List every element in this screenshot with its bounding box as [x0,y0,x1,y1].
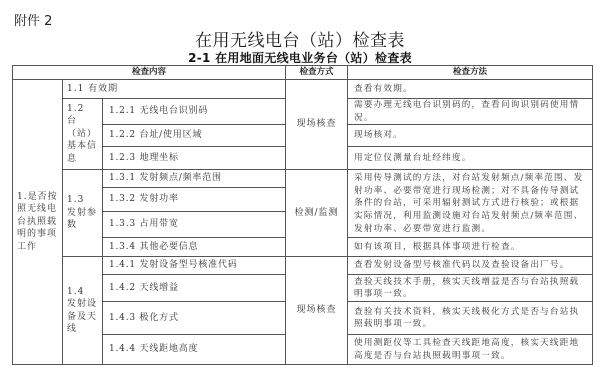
method-1-4-2: 查验天线技术手册，核实天线增益是否与台站执照载明事项一致。 [348,275,593,302]
table-header-row: 检查内容 检查方式 检查方法 [13,66,593,80]
method-1-4-4: 使用测距仪等工具检查天线距地高度，核实天线距地高度是否与台站执照载明事项一致。 [348,335,593,365]
method-1-4-3: 查验有关技术资料，核实天线极化方式是否与台站执照载明事项一致。 [348,302,593,335]
item-1-2-2: 1.2.2 台址/使用区域 [103,125,286,147]
item-1-3-4: 1.3.4 其他必要信息 [103,238,286,257]
item-1-4-2: 1.4.2 天线增益 [103,275,286,302]
group-basic-info: 1.2 台（站）基本信息 [63,99,103,170]
mode-detect-monitor: 检测/监测 [286,170,348,257]
item-1-4-3: 1.4.3 极化方式 [103,302,286,335]
table-row: 1.是否按照无线电台执照载明的事项工作 1.1 有效期 现场核查 查看有效期。 [13,80,593,99]
item-1-4-1: 1.4.1 发射设备型号核准代码 [103,257,286,275]
category-cell: 1.是否按照无线电台执照载明的事项工作 [13,80,63,365]
method-1-4-1: 查看发射设备型号核准代码以及查验设备出厂号。 [348,257,593,275]
item-validity: 1.1 有效期 [63,80,286,99]
method-1-2-2: 现场核对。 [348,125,593,147]
column-header-method: 检查方法 [348,66,593,80]
method-1-2-3: 用定位仪测量台址经纬度。 [348,147,593,170]
mode-onsite-check-2: 现场核查 [286,257,348,365]
table-row: 1.4 发射设备及天线 1.4.1 发射设备型号核准代码 现场核查 查看发射设备… [13,257,593,275]
group-equipment-antenna: 1.4 发射设备及天线 [63,257,103,365]
group-emission-params: 1.3 发射参数 [63,170,103,257]
item-1-4-4: 1.4.4 天线距地高度 [103,335,286,365]
document-title: 在用无线电台（站）检查表 [0,26,600,51]
checklist-table: 检查内容 检查方式 检查方法 1.是否按照无线电台执照载明的事项工作 1.1 有… [12,65,593,365]
item-1-2-3: 1.2.3 地理坐标 [103,147,286,170]
method-1-3-shared: 采用传导测试的方法，对台站发射频点/频率范围、发射功率、必要带宽进行现场检测；对… [348,170,593,238]
table-subtitle: 2-1 在用地面无线电业务台（站）检查表 [0,49,600,66]
item-1-3-1: 1.3.1 发射频点/频率范围 [103,170,286,188]
table-row: 1.3 发射参数 1.3.1 发射频点/频率范围 检测/监测 采用传导测试的方法… [13,170,593,188]
method-1-3-4: 如有该项目，根据具体事项进行检查。 [348,238,593,257]
item-1-3-3: 1.3.3 占用带宽 [103,212,286,238]
item-1-2-1: 1.2.1 无线电台识别码 [103,99,286,125]
column-header-mode: 检查方式 [286,66,348,80]
item-1-3-2: 1.3.2 发射功率 [103,188,286,212]
method-1-2-1: 需要办理无线电台识别码的，查看问询识别码使用情况。 [348,99,593,125]
column-header-content: 检查内容 [13,66,286,80]
method-validity: 查看有效期。 [348,80,593,99]
mode-onsite-check-1: 现场核查 [286,80,348,170]
